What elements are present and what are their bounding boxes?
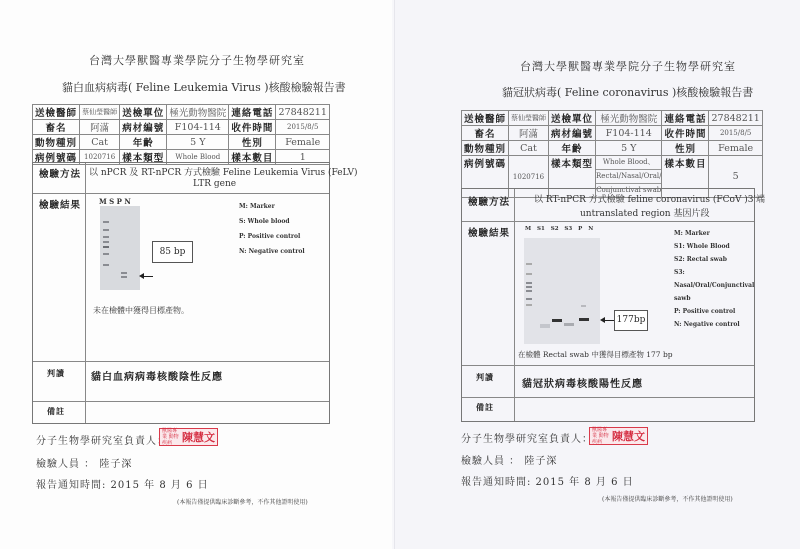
legend-item: S: Whole blood xyxy=(239,214,305,229)
legend-item: N: Negative control xyxy=(674,318,754,331)
result-text: 未在檢體中獲得目標產物。 xyxy=(93,305,189,316)
received-label: 收件時間 xyxy=(662,126,709,141)
method-text: 以 RT-nPCR 方式檢驗 feline coronavirus (FCoV … xyxy=(534,192,765,205)
doctor-label: 送檢醫師 xyxy=(33,105,80,120)
band-arrow xyxy=(604,320,614,321)
phone-label: 連絡電話 xyxy=(662,111,709,126)
interpretation-label: 判讀 xyxy=(47,368,65,379)
gel-image xyxy=(100,206,140,290)
institution-heading: 台灣大學獸醫專業學院分子生物學研究室 xyxy=(89,52,305,68)
interpretation-value: 貓白血病病毒核酸陰性反應 xyxy=(91,368,223,383)
band-size-label: 85 bp xyxy=(152,241,193,263)
age-label: 年齡 xyxy=(549,141,596,156)
species-value: Cat xyxy=(80,135,120,150)
seal-stamp: 獸醫專業 動物疾病 陳慧文 xyxy=(159,428,218,446)
patient-info-table: 送檢醫師 蔡仙瑩醫師 送檢單位 極光動物醫院 連絡電話 27848211 畜名 … xyxy=(32,104,330,165)
phone-label: 連絡電話 xyxy=(229,105,276,120)
institution-heading: 台灣大學獸醫專業學院分子生物學研究室 xyxy=(520,58,736,74)
unit-value: 極光動物醫院 xyxy=(167,105,229,120)
phone-value: 27848211 xyxy=(276,105,330,120)
age-value: 5 Y xyxy=(167,135,229,150)
method-text: 以 nPCR 及 RT-nPCR 方式檢驗 Feline Leukemia Vi… xyxy=(89,165,357,178)
report-page-fcov: 台灣大學獸醫專業學院分子生物學研究室 貓冠狀病毒( Feline coronav… xyxy=(394,0,800,549)
legend-item: P: Positive control xyxy=(239,229,305,244)
divider xyxy=(462,221,754,222)
gel-lane-labels: M S1 S2 S3 P N xyxy=(525,226,593,232)
method-text-line2: LTR gene xyxy=(193,179,236,189)
results-box: 檢驗方法 以 RT-nPCR 方式檢驗 feline coronavirus (… xyxy=(461,188,755,422)
stamp-org: 獸醫專業 動物疾病 xyxy=(590,427,610,445)
disclaimer: (本報告僅提供臨床診斷參考，不作其他證明使用) xyxy=(177,497,308,506)
legend-item: P: Positive control xyxy=(674,305,754,318)
stamp-name: 陳慧文 xyxy=(180,429,217,445)
examiner: 檢驗人員 ： 陸子深 xyxy=(36,455,132,470)
received-value: 2015/8/5 xyxy=(709,126,762,141)
legend-item: M: Marker xyxy=(674,227,754,240)
disclaimer: (本報告僅提供臨床診斷參考，不作其他證明使用) xyxy=(602,494,733,503)
phone-value: 27848211 xyxy=(709,111,762,126)
band-arrow xyxy=(143,276,153,277)
gel-legend: M: MarkerS1: Whole BloodS2: Rectal swabS… xyxy=(674,227,754,331)
stamp-name: 陳慧文 xyxy=(610,428,647,444)
unit-label: 送檢單位 xyxy=(120,105,167,120)
patient-info-table: 送檢醫師 蔡仙瑩醫師 送檢單位 極光動物醫院 連絡電話 27848211 畜名 … xyxy=(461,110,763,198)
result-label: 檢驗結果 xyxy=(39,197,81,211)
method-label: 檢驗方法 xyxy=(39,166,81,180)
report-date: 報告通知時間: 2015 年 8 月 6 日 xyxy=(461,473,634,488)
report-title: 貓白血病病毒( Feline Leukemia Virus )核酸檢驗報告書 xyxy=(62,79,346,95)
legend-item: S3: Nasal/Oral/Conjunctival xyxy=(674,266,754,292)
divider xyxy=(462,397,754,398)
sample-no-value: F104-114 xyxy=(167,120,229,135)
sex-value: Female xyxy=(709,141,762,156)
interpretation-label: 判讀 xyxy=(476,372,494,383)
supervisor-label: 分子生物學研究室負責人： xyxy=(461,430,593,445)
sex-label: 性別 xyxy=(662,141,709,156)
sample-no-value: F104-114 xyxy=(596,126,662,141)
gel-image xyxy=(524,238,600,344)
results-box: 檢驗方法 以 nPCR 及 RT-nPCR 方式檢驗 Feline Leukem… xyxy=(32,162,330,424)
seal-stamp: 獸醫專業 動物疾病 陳慧文 xyxy=(589,427,648,445)
report-title: 貓冠狀病毒( Feline coronavirus )核酸檢驗報告書 xyxy=(502,84,753,100)
doctor-value: 蔡仙瑩醫師 xyxy=(80,105,120,120)
sample-type-line: Rectal/Nasal/Oral/ xyxy=(596,169,661,183)
pet-value: 阿滿 xyxy=(80,120,120,135)
age-value: 5 Y xyxy=(596,141,662,156)
gel-legend: M: MarkerS: Whole bloodP: Positive contr… xyxy=(239,199,305,259)
divider xyxy=(33,361,329,362)
species-label: 動物種別 xyxy=(462,141,509,156)
divider xyxy=(33,193,329,194)
legend-item: M: Marker xyxy=(239,199,305,214)
result-label: 檢驗結果 xyxy=(468,225,510,239)
divider xyxy=(462,365,754,366)
sex-value: Female xyxy=(276,135,330,150)
sample-type-line: Whole Blood、 xyxy=(596,156,661,169)
unit-value: 極光動物醫院 xyxy=(596,111,662,126)
pet-label: 畜名 xyxy=(33,120,80,135)
species-label: 動物種別 xyxy=(33,135,80,150)
column-divider xyxy=(85,163,86,423)
remarks-label: 備註 xyxy=(47,406,65,417)
remarks-label: 備註 xyxy=(476,402,494,413)
method-text-line2: untranslated region 基因片段 xyxy=(580,206,709,219)
column-divider xyxy=(514,189,515,421)
legend-item: N: Negative control xyxy=(239,244,305,259)
band-size-label: 177bp xyxy=(614,310,648,331)
legend-item: S2: Rectal swab xyxy=(674,253,754,266)
sample-no-label: 病材編號 xyxy=(549,126,596,141)
age-label: 年齡 xyxy=(120,135,167,150)
examiner: 檢驗人員 ： 陸子深 xyxy=(461,452,557,467)
species-value: Cat xyxy=(509,141,549,156)
stamp-org: 獸醫專業 動物疾病 xyxy=(160,428,180,446)
interpretation-value: 貓冠狀病毒核酸陽性反應 xyxy=(522,375,643,390)
supervisor-label: 分子生物學研究室負責人： xyxy=(36,432,168,447)
sample-no-label: 病材編號 xyxy=(120,120,167,135)
doctor-label: 送檢醫師 xyxy=(462,111,509,126)
method-label: 檢驗方法 xyxy=(468,194,510,208)
legend-item: S1: Whole Blood xyxy=(674,240,754,253)
sex-label: 性別 xyxy=(229,135,276,150)
pet-value: 阿滿 xyxy=(509,126,549,141)
report-page-felv: 台灣大學獸醫專業學院分子生物學研究室 貓白血病病毒( Feline Leukem… xyxy=(0,0,392,549)
gel-lane-labels: M S P N xyxy=(99,197,131,206)
divider xyxy=(33,401,329,402)
received-label: 收件時間 xyxy=(229,120,276,135)
received-value: 2015/8/5 xyxy=(276,120,330,135)
result-text: 在檢體 Rectal swab 中獲得目標產物 177 bp xyxy=(518,349,673,360)
doctor-value: 蔡仙瑩醫師 xyxy=(509,111,549,126)
pet-label: 畜名 xyxy=(462,126,509,141)
unit-label: 送檢單位 xyxy=(549,111,596,126)
legend-item: sawb xyxy=(674,292,754,305)
report-date: 報告通知時間: 2015 年 8 月 6 日 xyxy=(36,476,209,491)
